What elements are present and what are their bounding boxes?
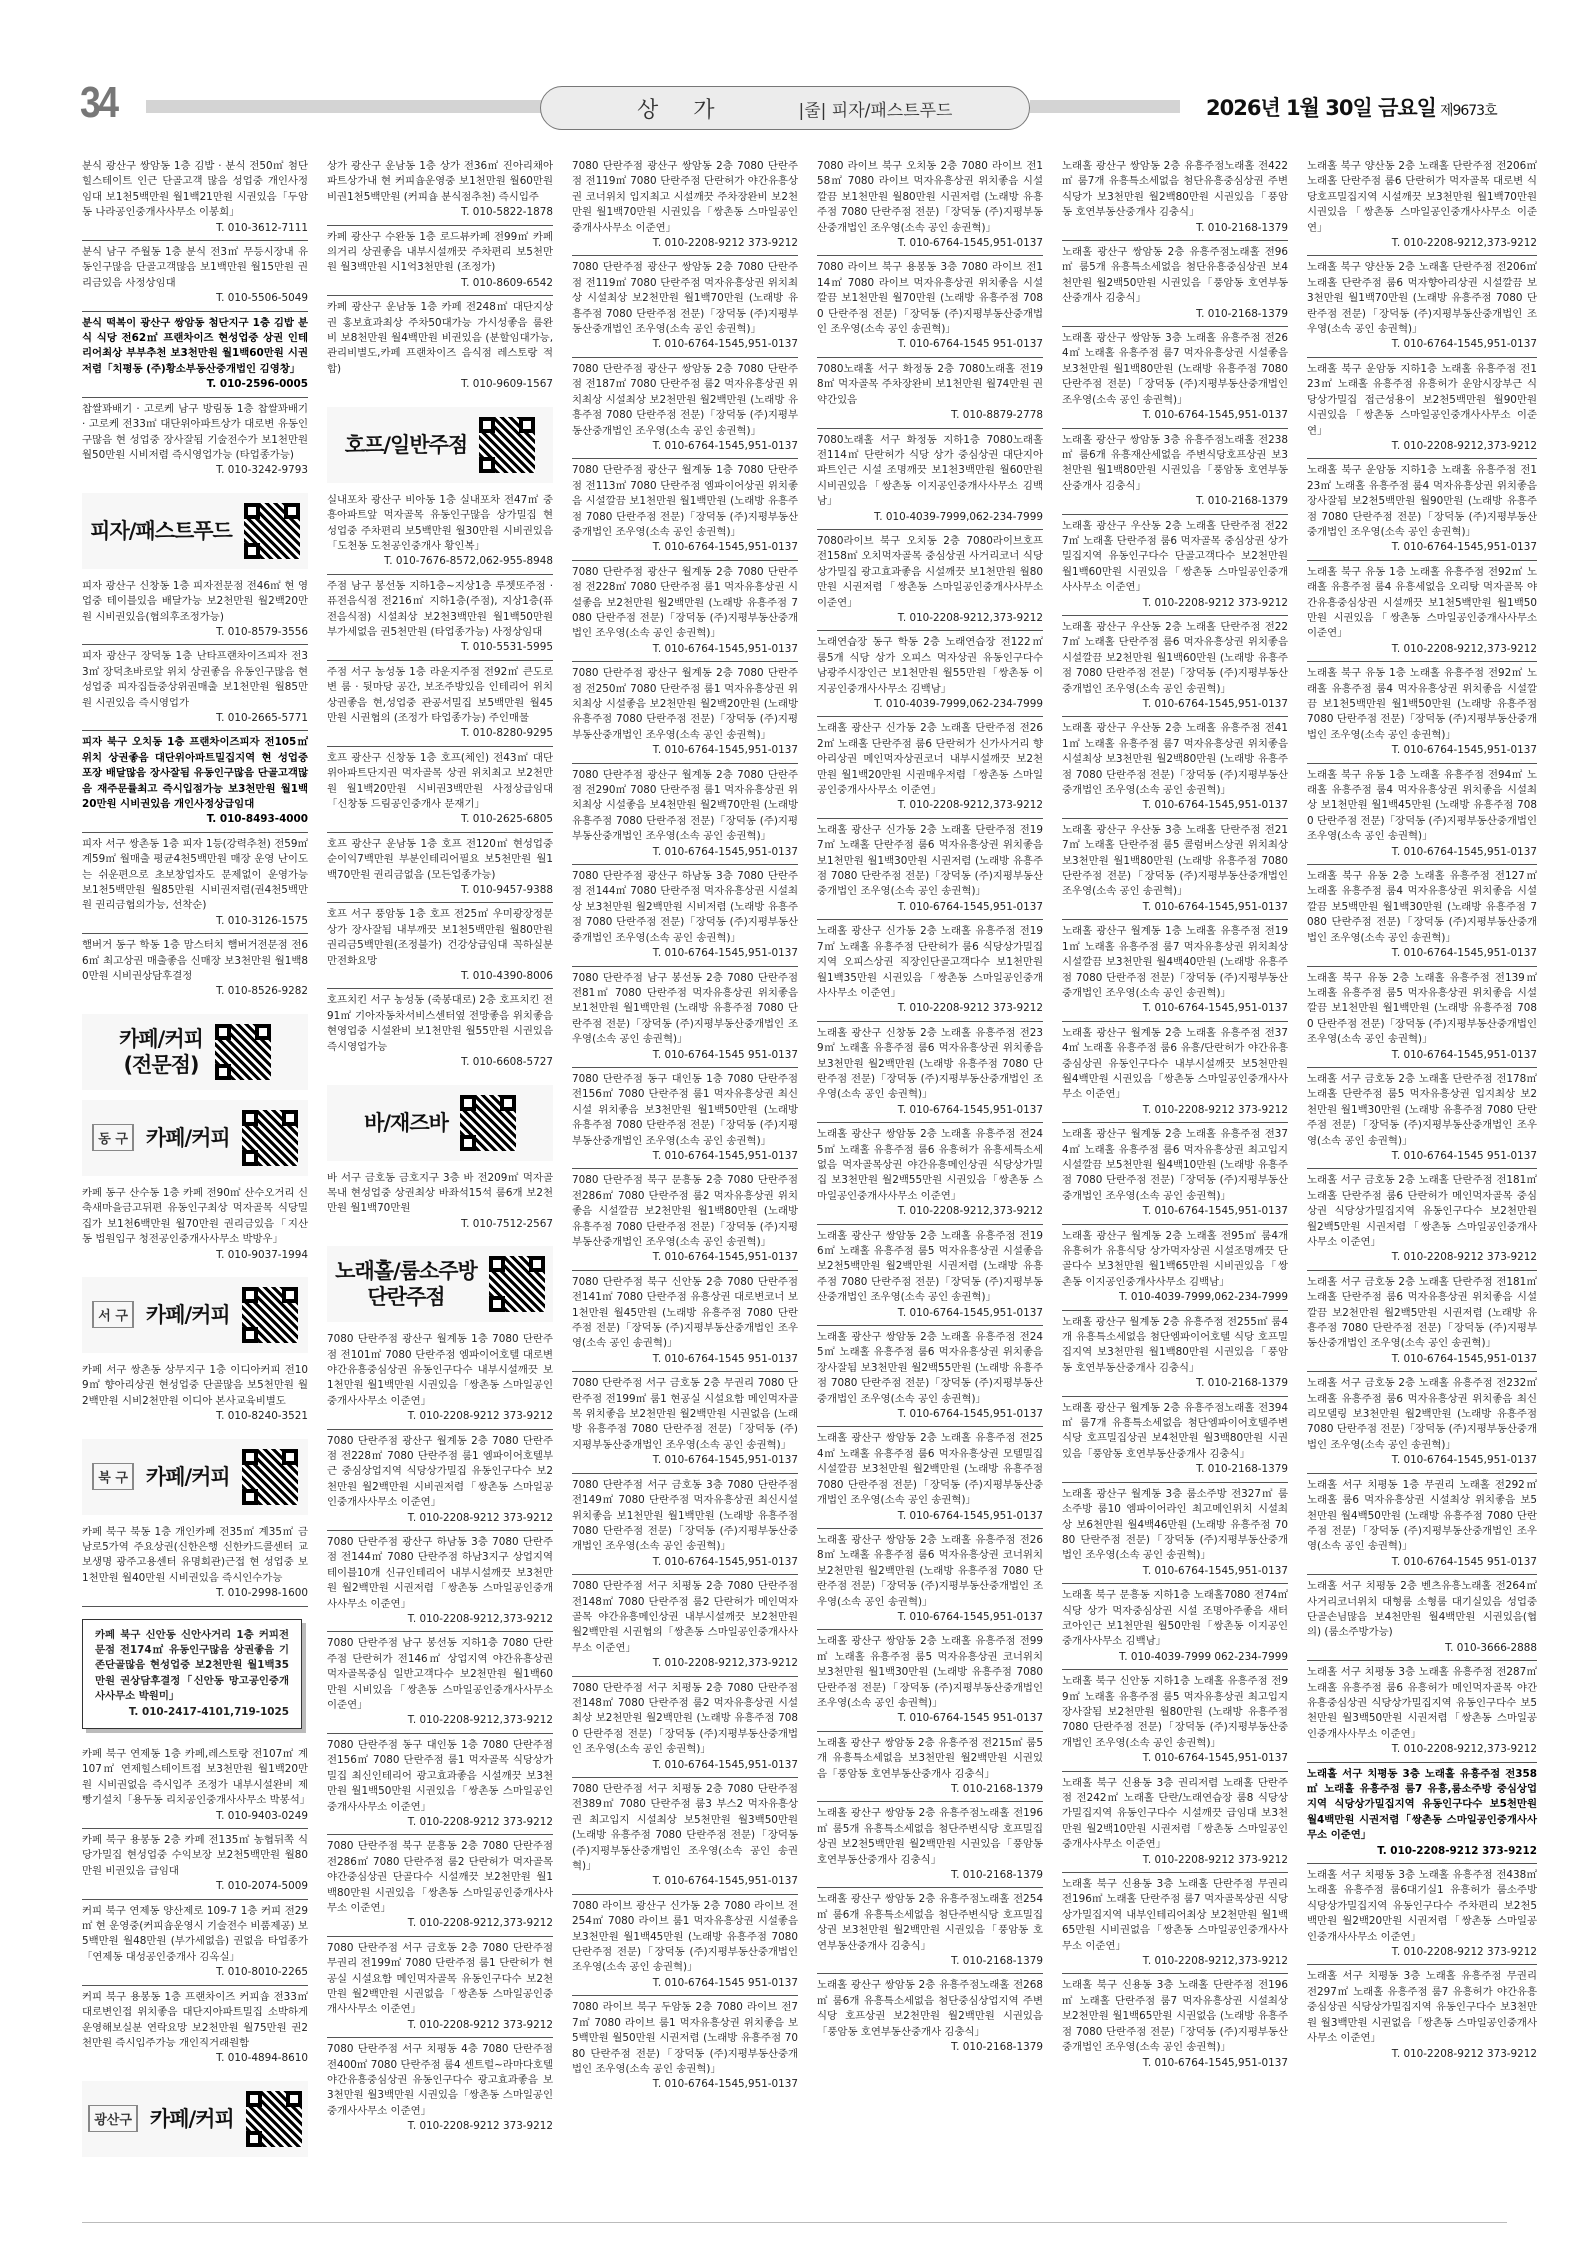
listing: 7080 단란주점 남구 봉선동 2층 7080 단란주점 전81㎡ 7080 … — [572, 967, 798, 1068]
listing-phone[interactable]: T. 010-6764-1545,951-0137 — [817, 900, 1043, 915]
listing: 노래홀 광산구 쌍암동 2층 노래홀 유흥주점 전268㎡ 노래홀 유흥주점 룸… — [817, 1529, 1043, 1630]
listing-phone[interactable]: T. 010-6764-1545,951-0137 — [572, 845, 798, 860]
listing-text: 노래홀 북구 신용동 3층 노래홀 단란주점 전196㎡ 노래홀 단란주점 룸7… — [1062, 1979, 1288, 2053]
bottom-rule — [82, 2222, 1507, 2223]
listing-phone[interactable]: T. 010-4894-8610 — [82, 2051, 308, 2066]
listing: 카페 북구 북동 1층 개인카페 전35㎡ 계35㎡ 금남로5가역 주요상권(신… — [82, 1521, 308, 1607]
listing: 7080 단란주점 북구 문흥동 2층 7080 단란주점 전286㎡ 7080… — [572, 1169, 798, 1270]
listing-phone[interactable]: T. 010-2417-4101,719-1025 — [95, 1705, 289, 1720]
listing-text: 노래홀 광산구 신가동 2층 노래홀 단란주점 전262㎡ 노래홀 단란주점 룸… — [817, 722, 1043, 796]
listing-text: 7080 단란주점 북구 문흥동 2층 7080 단란주점 전286㎡ 7080… — [327, 1840, 553, 1914]
listing-phone[interactable]: T. 010-9403-0249 — [82, 1809, 308, 1824]
listing-text: 노래홀 광산구 쌍암동 2층 유흥주점노래홀 전268㎡ 룸6개 유흥특소세없음… — [817, 1979, 1043, 2037]
listing-text: 호프 광산구 신창동 1층 호프(체인) 전43㎡ 대단위아파트단지권 먹자골목… — [327, 752, 553, 810]
listing: 노래홀 서구 치평동 3층 노래홀 유흥주점 전438㎡ 노래홀 유흥주점 룸6… — [1307, 1864, 1537, 1965]
listing: 커피 북구 용봉동 1층 프랜차이즈 커피숍 전33㎡ 대로변인접 위치좋음 대… — [82, 1986, 308, 2071]
listing: 7080 단란주점 광산구 쌍암동 2층 7080 단란주점 전119㎡ 708… — [572, 256, 798, 357]
header-rule-left — [146, 100, 546, 113]
listing-phone[interactable]: T. 010-2168-1379 — [1062, 1462, 1288, 1477]
listing-phone[interactable]: T. 010-6608-5727 — [327, 1055, 553, 1070]
category-title: 호프/일반주점 — [345, 432, 467, 458]
listing-phone[interactable]: T. 010-5531-5995 — [327, 640, 553, 655]
listing-phone[interactable]: T. 010-6764-1545,951-0137 — [572, 1250, 798, 1265]
listing-phone[interactable]: T. 010-2596-0005 — [82, 377, 308, 392]
listing: 피자 북구 오치동 1층 프랜차이즈피자 전105㎡ 위치 상권좋음 대단위아파… — [82, 731, 308, 832]
section-subtitle: |줄| 피자/패스트푸드 — [799, 96, 953, 121]
listing: 7080 라이브 북구 용봉동 3층 7080 라이브 전114㎡ 7080 라… — [817, 256, 1043, 357]
listing-phone[interactable]: T. 010-8526-9282 — [82, 984, 308, 999]
listing: 노래홀 광산구 쌍암동 2층 노래홀 유흥주점 전245㎡ 노래홀 유흥주점 룸… — [817, 1123, 1043, 1224]
listing-phone[interactable]: T. 010-6764-1545,951-0137 — [1307, 1453, 1537, 1468]
listing-phone[interactable]: T. 010-6764-1545,951-0137 — [572, 2077, 798, 2092]
listing-text: 7080 단란주점 광산구 하남동 3층 7080 단란주점 전144㎡ 708… — [327, 1536, 553, 1610]
listing-text: 노래홀 광산구 월계동 1층 노래홀 유흥주점 전191㎡ 노래홀 유흥주점 룸… — [1062, 925, 1288, 999]
column-4: 7080 라이브 북구 오치동 2층 7080 라이브 전158㎡ 7080 라… — [817, 155, 1043, 2060]
listing-text: 7080 라이브 북구 용봉동 3층 7080 라이브 전114㎡ 7080 라… — [817, 261, 1043, 335]
listing-text: 노래홀 광산구 쌍암동 2층 유흥주점노래홀 전254㎡ 룸6개 유흥특소세없음… — [817, 1893, 1043, 1951]
listing: 7080 단란주점 서구 치평동 2층 7080 단란주점 전148㎡ 7080… — [572, 1575, 798, 1676]
qr-code-icon[interactable] — [242, 1449, 298, 1505]
listing-phone[interactable]: T. 010-2168-1379 — [1062, 494, 1288, 509]
listing-text: 노래홀 북구 양산동 2층 노래홀 단란주점 전206㎡ 노래홀 단란주점 룸6… — [1307, 261, 1537, 335]
listing-text: 피자 서구 쌍촌동 1층 피자 1등(강력추천) 전59㎡ 계59㎡ 월매출 평… — [82, 838, 308, 912]
listing: 7080 단란주점 광산구 월계동 2층 7080 단란주점 전250㎡ 708… — [572, 662, 798, 763]
listing-text: 노래홀 서구 금호동 2층 노래홀 단란주점 전181㎡ 노래홀 단란주점 룸6… — [1307, 1174, 1537, 1248]
listing-phone[interactable]: T. 010-2208-9212 373-9212 — [1307, 1945, 1537, 1960]
listing-text: 노래홀 서구 금호동 2층 노래홀 단란주점 전178㎡ 노래홀 단란주점 룸5… — [1307, 1073, 1537, 1147]
listing-text: 노래홀 광산구 월계동 2층 유흥주점 전255㎡ 룸4개 유흥특소세없음 첨단… — [1062, 1316, 1288, 1374]
listing-phone[interactable]: T. 010-5822-1878 — [327, 205, 553, 220]
category-header: 카페/커피 (전문점) — [82, 1014, 308, 1090]
listing-text: 7080 단란주점 북구 문흥동 2층 7080 단란주점 전286㎡ 7080… — [572, 1174, 798, 1248]
listing: 노래홀 광산구 쌍암동 2층 노래홀 유흥주점 전196㎡ 노래홀 유흥주점 룸… — [817, 1225, 1043, 1326]
listing-phone[interactable]: T. 010-2208-9212,373-9212 — [1062, 1954, 1288, 1969]
listing-phone[interactable]: T. 010-6764-1545,951-0137 — [1307, 1352, 1537, 1367]
listing-phone[interactable]: T. 010-2168-1379 — [1062, 307, 1288, 322]
listing-phone[interactable]: T. 010-2208-9212 373-9212 — [327, 2119, 553, 2134]
listing-phone[interactable]: T. 010-6764-1545,951-0137 — [572, 337, 798, 352]
classifieds-columns: 분식 광산구 쌍암동 1층 김밥 · 분식 전50㎡ 첨단힐스테이트 인근 단골… — [82, 155, 1502, 2225]
listing-text: 7080 단란주점 광산구 월계동 2층 7080 단란주점 전290㎡ 708… — [572, 769, 798, 843]
listing: 7080 단란주점 서구 금호동 2층 7080 단란주점 무권리 전199㎡ … — [327, 1937, 553, 2038]
listing: 7080 단란주점 북구 문흥동 2층 7080 단란주점 전286㎡ 7080… — [327, 1835, 553, 1936]
listing: 피자 광산구 신창동 1층 피자전문점 전46㎡ 현 영업중 테이블있음 배달가… — [82, 575, 308, 646]
listing-phone[interactable]: T. 010-6764-1545,951-0137 — [572, 642, 798, 657]
listing: 노래홀 북구 운암동 지하1층 노래홀 유흥주점 전123㎡ 노래홀 유흥주점 … — [1307, 358, 1537, 459]
listing-text: 분식 떡복이 광산구 쌍암동 첨단지구 1층 김밥 분식 식당 전62㎡ 프랜차… — [82, 317, 308, 375]
listing-phone[interactable]: T. 010-6764-1545 951-0137 — [1307, 1555, 1537, 1570]
district-label: 서 구 — [92, 1301, 134, 1328]
listing: 노래홀 광산구 쌍암동 2층 유흥주점노래홀 전254㎡ 룸6개 유흥특소세없음… — [817, 1888, 1043, 1974]
listing-phone[interactable]: T. 010-6764-1545,951-0137 — [572, 540, 798, 555]
listing: 노래홀 북구 신용동 3층 노래홀 단란주점 전196㎡ 노래홀 단란주점 룸7… — [1062, 1974, 1288, 2074]
listing-text: 7080 단란주점 서구 금호동 2층 무권리 7080 단란주점 전199㎡ … — [572, 1377, 798, 1451]
listing-phone[interactable]: T. 010-9609-1567 — [327, 377, 553, 392]
listing-phone[interactable]: T. 010-2168-1379 — [817, 2040, 1043, 2055]
listing-text: 카페 서구 쌍촌동 상무지구 1층 이디아커피 전109㎡ 향아리상권 현성업중… — [82, 1364, 308, 1407]
listing: 7080노래홀 서구 화정동 지하1층 7080노래홀 전114㎡ 단란허가 식… — [817, 429, 1043, 530]
listing: 노래홀 광산구 쌍암동 2층 노래홀 유흥주점 전254㎡ 노래홀 유흥주점 룸… — [817, 1427, 1043, 1528]
listing-phone[interactable]: T. 010-6764-1545,951-0137 — [817, 1407, 1043, 1422]
listing: 7080 단란주점 광산구 하남동 3층 7080 단란주점 전144㎡ 708… — [572, 865, 798, 966]
category-title: 노래홀/룸소주방 단란주점 — [335, 1258, 477, 1310]
listing: 노래홀 서구 금호동 2층 노래홀 단란주점 전181㎡ 노래홀 단란주점 룸6… — [1307, 1271, 1537, 1372]
listing: 7080 라이브 광산구 신가동 2층 7080 라이브 전254㎡ 7080 … — [572, 1895, 798, 1996]
listing-phone[interactable]: T. 010-8280-9295 — [327, 726, 553, 741]
listing: 노래홀 북구 운암동 지하1층 노래홀 유흥주점 전123㎡ 노래홀 유흥주점 … — [1307, 459, 1537, 560]
listing-phone[interactable]: T. 010-2208-9212,373-9212 — [817, 611, 1043, 626]
listing: 주점 서구 농성동 1층 라운지주점 전92㎡ 큰도로변 룸 · 뒷마당 공간,… — [327, 661, 553, 747]
listing-phone[interactable]: T. 010-6764-1545,951-0137 — [1062, 798, 1288, 813]
listing-phone[interactable]: T. 010-6764-1545,951-0137 — [1307, 337, 1537, 352]
listing: 노래홀 북구 신용동 3층 노래홀 단란주점 무권리 전196㎡ 노래홀 단란주… — [1062, 1873, 1288, 1974]
listing-text: 노래홀 서구 치평동 3층 노래홀 유흥주점 전287㎡ 노래홀 유흥주점 룸6… — [1307, 1666, 1537, 1740]
listing: 노래홀 광산구 쌍암동 2층 유흥주점노래홀 전422㎡ 룸7개 유흥특소세없음… — [1062, 155, 1288, 241]
listing-phone[interactable]: T. 010-6764-1545 951-0137 — [817, 1711, 1043, 1726]
listing-text: 노래홀 북구 유동 1층 노래홀 유흥주점 전92㎡ 노래홀 유흥주점 룸4 유… — [1307, 566, 1537, 640]
listing-text: 노래홀 북구 유동 1층 노래홀 유흥주점 전94㎡ 노래홀 유흥주점 룸4 먹… — [1307, 769, 1537, 843]
listing: 카페 광산구 운남동 1층 카페 전248㎡ 대단지상권 홍보효과최상 주차50… — [327, 296, 553, 396]
listing-text: 노래홀 광산구 쌍암동 3층 유흥주점노래홀 전238㎡ 룸6개 유흥재산세없음… — [1062, 434, 1288, 492]
listing-phone[interactable]: T. 010-6764-1545 951-0137 — [572, 1352, 798, 1367]
category-header: 광산구카페/커피 — [82, 2081, 308, 2157]
listing-phone[interactable]: T. 010-2208-9212,373-9212 — [1307, 642, 1537, 657]
listing-text: 카페 북구 신안동 신안사거리 1층 커피전문점 전174㎡ 유동인구많음 상권… — [95, 1629, 289, 1703]
listing-text: 카페 광산구 운남동 1층 카페 전248㎡ 대단지상권 홍보효과최상 주차50… — [327, 301, 553, 375]
listing-phone[interactable]: T. 010-2208-9212,373-9212 — [817, 798, 1043, 813]
listing-text: 노래홀 서구 금호동 2층 노래홀 유흥주점 전232㎡ 노래홀 유흥주점 룸6… — [1307, 1377, 1537, 1451]
listing-phone[interactable]: T. 010-9037-1994 — [82, 1248, 308, 1263]
listing: 노래홀 광산구 쌍암동 3층 유흥주점노래홀 전238㎡ 룸6개 유흥재산세없음… — [1062, 429, 1288, 515]
listing-phone[interactable]: T. 010-6764-1545,951-0137 — [1307, 743, 1537, 758]
listing-text: 노래홀 광산구 쌍암동 2층 노래홀 유흥주점 전245㎡ 노래홀 유흥주점 룸… — [817, 1331, 1043, 1405]
listing-phone[interactable]: T. 010-6764-1545,951-0137 — [1307, 1048, 1537, 1063]
listing-phone[interactable]: T. 010-2074-5009 — [82, 1879, 308, 1894]
listing-phone[interactable]: T. 010-6764-1545 951-0137 — [572, 1976, 798, 1991]
listing: 호프 서구 풍암동 1층 호프 전25㎡ 우미광장정문 상가 장사잘됨 내부깨끗… — [327, 903, 553, 989]
listing-phone[interactable]: T. 010-2208-9212 373-9212 — [1307, 1250, 1537, 1265]
category-header: 동 구카페/커피 — [82, 1100, 308, 1176]
listing-phone[interactable]: T. 010-3126-1575 — [82, 914, 308, 929]
listing-phone[interactable]: T. 010-7676-8572,062-955-8948 — [327, 554, 553, 569]
district-label: 북 구 — [92, 1463, 134, 1490]
listing-text: 분식 남구 주월동 1층 분식 전3㎡ 무등시장내 유동인구많음 단골고객많음 … — [82, 246, 308, 289]
listing: 노래홀 광산구 월계동 2층 노래홀 전95㎡ 룸4개 유흥허가 유흥식당 상가… — [1062, 1225, 1288, 1311]
listing-text: 피자 광산구 장덕동 1층 난타프랜차이즈피자 전33㎡ 장덕초바로앞 위치 상… — [82, 650, 308, 708]
listing-text: 7080 단란주점 동구 대인동 1층 7080 단란주점 전156㎡ 7080… — [327, 1739, 553, 1813]
listing: 분식 떡복이 광산구 쌍암동 첨단지구 1층 김밥 분식 식당 전62㎡ 프랜차… — [82, 312, 308, 398]
listing: 노래홀 북구 유동 1층 노래홀 유흥주점 전94㎡ 노래홀 유흥주점 룸4 먹… — [1307, 764, 1537, 865]
listing-phone[interactable]: T. 010-2208-9212 373-9212 — [1062, 1853, 1288, 1868]
listing-phone[interactable]: T. 010-4039-7999,062-234-7999 — [1062, 1290, 1288, 1305]
qr-code-icon[interactable] — [244, 503, 300, 559]
listing-phone[interactable]: T. 010-6764-1545,951-0137 — [572, 439, 798, 454]
listing-phone[interactable]: T. 010-6764-1545,951-0137 — [817, 1610, 1043, 1625]
listing: 실내포차 광산구 비아동 1층 실내포차 전47㎡ 중흥아파트앞 먹자골목 유동… — [327, 489, 553, 575]
listing-text: 노래홀 북구 유동 2층 노래홀 유흥주점 전127㎡ 노래홀 유흥주점 룸4 … — [1307, 870, 1537, 944]
listing-text: 호프 서구 풍암동 1층 호프 전25㎡ 우미광장정문 상가 장사잘됨 내부깨끗… — [327, 908, 553, 966]
listing: 노래홀 서구 금호동 2층 노래홀 유흥주점 전232㎡ 노래홀 유흥주점 룸6… — [1307, 1372, 1537, 1473]
listing: 7080라이브 북구 오치동 2층 7080라이브호프 전158㎡ 오치먹자골목… — [817, 530, 1043, 631]
section-banner: 상 가 |줄| 피자/패스트푸드 — [540, 86, 1030, 130]
qr-code-icon[interactable] — [479, 417, 535, 473]
listing-text: 노래홀 서구 치평동 1층 무권리 노래홀 전292㎡ 노래홀 룸6 먹자유흥상… — [1307, 1479, 1537, 1553]
listing-phone[interactable]: T. 010-2208-9212 373-9212 — [572, 236, 798, 251]
listing-phone[interactable]: T. 010-6764-1545,951-0137 — [572, 1453, 798, 1468]
listing: 노래홀 광산구 월계동 3층 룸소주방 전327㎡ 룸소주방 룸10 엠파이어라… — [1062, 1483, 1288, 1584]
listing: 노래홀 서구 치평동 3층 노래홀 유흥주점 전358㎡ 노래홀 유흥주점 룸7… — [1307, 1763, 1537, 1864]
listing-text: 노래홀 광산구 쌍암동 2층 노래홀 유흥주점 전268㎡ 노래홀 유흥주점 룸… — [817, 1534, 1043, 1608]
listing: 노래홀 광산구 월계동 1층 노래홀 유흥주점 전191㎡ 노래홀 유흥주점 룸… — [1062, 920, 1288, 1021]
listing-text: 노래홀 광산구 쌍암동 2층 유흥주점노래홀 전96㎡ 룸5개 유흥특소세없음 … — [1062, 246, 1288, 304]
listing-phone[interactable]: T. 010-6764-1545,951-0137 — [572, 1149, 798, 1164]
listing-text: 노래홀 북구 신안동 지하1층 노래홀 유흥주점 전99㎡ 노래홀 유흥주점 룸… — [1062, 1675, 1288, 1749]
listing-phone[interactable]: T. 010-2168-1379 — [817, 1954, 1043, 1969]
listing-phone[interactable]: T. 010-6764-1545,951-0137 — [1307, 845, 1537, 860]
listing-phone[interactable]: T. 010-3612-7111 — [82, 221, 308, 236]
listing: 노래홀 광산구 쌍암동 2층 노래홀 유흥주점 전245㎡ 노래홀 유흥주점 룸… — [817, 1326, 1043, 1427]
listing-phone[interactable]: T. 010-2208-9212,373-9212 — [1307, 236, 1537, 251]
listing-text: 주점 남구 봉선동 지하1층~지상1층 루젯또주점 · 퓨전음식점 전216㎡ … — [327, 580, 553, 638]
listing-phone[interactable]: T. 010-2208-9212 373-9212 — [1062, 1103, 1288, 1118]
listing-text: 노래홀 북구 운암동 지하1층 노래홀 유흥주점 전123㎡ 노래홀 유흥주점 … — [1307, 363, 1537, 437]
listing-phone[interactable]: T. 010-6764-1545,951-0137 — [572, 1555, 798, 1570]
masthead: 34 상 가 |줄| 피자/패스트푸드 2026년 1월 30일 금요일제967… — [0, 0, 1588, 150]
listing: 바 서구 금호동 금호지구 3층 바 전209㎡ 먹자골목내 현성업중 상권최상… — [327, 1167, 553, 1237]
listing-phone[interactable]: T. 010-2168-1379 — [1062, 221, 1288, 236]
listing-text: 7080 단란주점 광산구 월계동 2층 7080 단란주점 전228㎡ 708… — [572, 566, 798, 640]
listing: 노래홀 서구 치평동 3층 노래홀 유흥주점 무권리 전297㎡ 노래홀 유흥주… — [1307, 1965, 1537, 2065]
listing: 노래홀 광산구 쌍암동 2층 유흥주점노래홀 전96㎡ 룸5개 유흥특소세없음 … — [1062, 241, 1288, 327]
column-3: 7080 단란주점 광산구 쌍암동 2층 7080 단란주점 전119㎡ 708… — [572, 155, 798, 2097]
listing-phone[interactable]: T. 010-6764-1545,951-0137 — [1307, 540, 1537, 555]
listing: 7080 단란주점 서구 치평동 4층 7080 단란주점 전400㎡ 7080… — [327, 2038, 553, 2138]
qr-code-icon[interactable] — [460, 1095, 516, 1151]
listing-text: 7080 단란주점 남구 봉선동 지하1층 7080 단란주점 단란허가 전14… — [327, 1637, 553, 1711]
listing-text: 노래홀 광산구 월계동 2층 노래홀 전95㎡ 룸4개 유흥허가 유흥식당 상가… — [1062, 1230, 1288, 1288]
category-header: 바/재즈바 — [327, 1085, 553, 1161]
listing-text: 노래홀 서구 치평동 3층 노래홀 유흥주점 전438㎡ 노래홀 유흥주점 룸6… — [1307, 1869, 1537, 1943]
listing: 상가 광산구 운남동 1층 상가 전36㎡ 진아리채아파트상가내 현 커피숍운영… — [327, 155, 553, 226]
category-title: 카페/커피 — [146, 1125, 230, 1151]
listing-phone[interactable]: T. 010-2208-9212 373-9212 — [327, 1511, 553, 1526]
listing-phone[interactable]: T. 010-2168-1379 — [1062, 1376, 1288, 1391]
listing-text: 7080 단란주점 서구 치평동 4층 7080 단란주점 전400㎡ 7080… — [327, 2043, 553, 2117]
listing-text: 카페 북구 북동 1층 개인카페 전35㎡ 계35㎡ 금남로5가역 주요상권(신… — [82, 1526, 308, 1584]
listing: 노래홀 북구 유동 2층 노래홀 유흥주점 전139㎡ 노래홀 유흥주점 룸5 … — [1307, 967, 1537, 1068]
listing-text: 7080 단란주점 서구 치평동 2층 7080 단란주점 전148㎡ 7080… — [572, 1682, 798, 1756]
listing: 노래홀 광산구 신가동 2층 노래홀 단란주점 전197㎡ 노래홀 단란주점 룸… — [817, 819, 1043, 920]
listing-text: 커피 북구 용봉동 1층 프랜차이즈 커피숍 전33㎡ 대로변인접 위치좋음 대… — [82, 1991, 308, 2049]
listing-phone[interactable]: T. 010-6764-1545,951-0137 — [572, 1874, 798, 1889]
listing-phone[interactable]: T. 010-2168-1379 — [817, 1782, 1043, 1797]
listing-text: 찹쌀꽈배기 · 고로케 남구 방림동 1층 찹쌀꽈배기 · 고로케 전33㎡ 대… — [82, 403, 308, 461]
listing-phone[interactable]: T. 010-6764-1545,951-0137 — [817, 1306, 1043, 1321]
listing-text: 노래홀 광산구 월계동 2층 노래홀 유흥주점 전374㎡ 노래홀 유흥주점 룸… — [1062, 1128, 1288, 1202]
listing-phone[interactable]: T. 010-2208-9212,373-9212 — [327, 1612, 553, 1627]
listing-phone[interactable]: T. 010-6764-1545,951-0137 — [1062, 1564, 1288, 1579]
category-header: 노래홀/룸소주방 단란주점 — [327, 1246, 553, 1322]
listing: 찹쌀꽈배기 · 고로케 남구 방림동 1층 찹쌀꽈배기 · 고로케 전33㎡ 대… — [82, 398, 308, 483]
listing-phone[interactable]: T. 010-4039-7999 062-234-7999 — [1062, 1650, 1288, 1665]
qr-code-icon[interactable] — [242, 1287, 298, 1343]
listing-text: 노래홀 광산구 월계동 2층 노래홀 유흥주점 전374㎡ 노래홀 유흥주점 룸… — [1062, 1027, 1288, 1101]
listing-phone[interactable]: T. 010-6764-1545 951-0137 — [572, 1048, 798, 1063]
listing-text: 7080 단란주점 광산구 월계동 1층 7080 단란주점 전113㎡ 708… — [572, 464, 798, 538]
listing-text: 7080노래홀 서구 화정동 지하1층 7080노래홀 전114㎡ 단란허가 식… — [817, 434, 1043, 508]
listing-phone[interactable]: T. 010-6764-1545 951-0137 — [1307, 1149, 1537, 1164]
listing-text: 노래홀 북구 유동 2층 노래홀 유흥주점 전139㎡ 노래홀 유흥주점 룸5 … — [1307, 972, 1537, 1046]
listing-phone[interactable]: T. 010-2168-1379 — [817, 1868, 1043, 1883]
listing: 노래홀 광산구 월계동 2층 노래홀 유흥주점 전374㎡ 노래홀 유흥주점 룸… — [1062, 1123, 1288, 1224]
listing-phone[interactable]: T. 010-8240-3521 — [82, 1409, 308, 1424]
listing-phone[interactable]: T. 010-6764-1545,951-0137 — [817, 236, 1043, 251]
listing-phone[interactable]: T. 010-2208-9212 373-9212 — [1307, 1844, 1537, 1859]
listing-text: 노래홀 광산구 쌍암동 2층 유흥주점노래홀 전422㎡ 룸7개 유흥특소세없음… — [1062, 160, 1288, 218]
listing: 7080 단란주점 남구 봉선동 지하1층 7080 단란주점 단란허가 전14… — [327, 1632, 553, 1733]
listing: 노래홀 서구 치평동 2층 벤츠유흥노래홀 전264㎡ 사거리코너위치 대형룸 … — [1307, 1575, 1537, 1661]
listing: 7080 라이브 북구 오치동 2층 7080 라이브 전158㎡ 7080 라… — [817, 155, 1043, 256]
listing-phone[interactable]: T. 010-3242-9793 — [82, 463, 308, 478]
listing-phone[interactable]: T. 010-6764-1545,951-0137 — [1062, 900, 1288, 915]
listing-phone[interactable]: T. 010-6764-1545 951-0137 — [817, 337, 1043, 352]
listing-phone[interactable]: T. 010-4039-7999,062-234-7999 — [817, 510, 1043, 525]
listing-text: 7080 단란주점 광산구 월계동 1층 7080 단란주점 전101㎡ 708… — [327, 1333, 553, 1407]
listing-phone[interactable]: T. 010-6764-1545,951-0137 — [572, 946, 798, 961]
listing-phone[interactable]: T. 010-2208-9212 373-9212 — [1307, 2047, 1537, 2062]
listing-phone[interactable]: T. 010-2208-9212,373-9212 — [572, 1656, 798, 1671]
listing-text: 7080 단란주점 서구 치평동 2층 7080 단란주점 전148㎡ 7080… — [572, 1580, 798, 1654]
category-title: 카페/커피 — [146, 1302, 230, 1328]
qr-code-icon[interactable] — [215, 1024, 271, 1080]
listing-text: 7080 단란주점 광산구 쌍암동 2층 7080 단란주점 전119㎡ 708… — [572, 261, 798, 335]
listing-text: 노래홀 북구 양산동 2층 노래홀 단란주점 전206㎡ 노래홀 단란주점 룸6… — [1307, 160, 1537, 234]
listing-text: 카페 북구 용봉동 2층 카페 전135㎡ 농협뒤쪽 식당가밀집 현성업중 수익… — [82, 1834, 308, 1877]
listing-phone[interactable]: T. 010-2208-9212 373-9212 — [817, 1001, 1043, 1016]
listing-text: 노래홀 광산구 우산동 2층 노래홀 단란주점 전227㎡ 노래홀 단란주점 룸… — [1062, 621, 1288, 695]
listing-text: 노래홀 북구 신용동 3층 노래홀 단란주점 무권리 전196㎡ 노래홀 단란주… — [1062, 1878, 1288, 1952]
listing: 피자 서구 쌍촌동 1층 피자 1등(강력추천) 전59㎡ 계59㎡ 월매출 평… — [82, 833, 308, 934]
listing: 커피 북구 연제동 양산제로 109-7 1층 커피 전29㎡ 현 운영중(커피… — [82, 1900, 308, 1986]
listing: 7080 단란주점 동구 대인동 1층 7080 단란주점 전156㎡ 7080… — [327, 1734, 553, 1835]
listing-text: 주점 서구 농성동 1층 라운지주점 전92㎡ 큰도로변 룸 · 뒷마당 공간,… — [327, 666, 553, 724]
listing-phone[interactable]: T. 010-4039-7999,062-234-7999 — [817, 697, 1043, 712]
listing-phone[interactable]: T. 010-6764-1545,951-0137 — [817, 1103, 1043, 1118]
listing-phone[interactable]: T. 010-2208-9212,373-9212 — [327, 1713, 553, 1728]
listing-phone[interactable]: T. 010-2208-9212 373-9212 — [1062, 596, 1288, 611]
listing-text: 피자 북구 오치동 1층 프랜차이즈피자 전105㎡ 위치 상권좋음 대단위아파… — [82, 736, 308, 810]
qr-code-icon[interactable] — [246, 2091, 302, 2147]
dateline: 2026년 1월 30일 금요일제9673호 — [1206, 92, 1497, 122]
listing-phone[interactable]: T. 010-2208-9212,373-9212 — [327, 1916, 553, 1931]
listing-phone[interactable]: T. 010-6764-1545,951-0137 — [572, 1758, 798, 1773]
listing-phone[interactable]: T. 010-2208-9212,373-9212 — [817, 1204, 1043, 1219]
header-rule-right — [1030, 100, 1180, 113]
listing: 7080 단란주점 서구 금호동 3층 7080 단란주점 전149㎡ 7080… — [572, 1474, 798, 1575]
qr-code-icon[interactable] — [489, 1256, 545, 1312]
listing: 7080 단란주점 광산구 월계동 1층 7080 단란주점 전101㎡ 708… — [327, 1328, 553, 1429]
listing-phone[interactable]: T. 010-9457-9388 — [327, 883, 553, 898]
publication-date: 2026년 1월 30일 금요일 — [1206, 96, 1436, 120]
listing-phone[interactable]: T. 010-2998-1600 — [82, 1586, 308, 1601]
listing-text: 노래홀 북구 유동 1층 노래홀 유흥주점 전92㎡ 노래홀 유흥주점 룸4 먹… — [1307, 667, 1537, 741]
category-header: 서 구카페/커피 — [82, 1277, 308, 1353]
listing: 노래홀 서구 치평동 3층 노래홀 유흥주점 전287㎡ 노래홀 유흥주점 룸6… — [1307, 1661, 1537, 1762]
listing-phone[interactable]: T. 010-2208-9212,373-9212 — [1307, 439, 1537, 454]
listing-phone[interactable]: T. 010-2208-9212 373-9212 — [327, 1409, 553, 1424]
listing-text: 7080 단란주점 광산구 하남동 3층 7080 단란주점 전144㎡ 708… — [572, 870, 798, 944]
listing-phone[interactable]: T. 010-6764-1545,951-0137 — [1062, 2056, 1288, 2071]
listing-phone[interactable]: T. 010-8609-6542 — [327, 276, 553, 291]
listing-phone[interactable]: T. 010-6764-1545,951-0137 — [1062, 1751, 1288, 1766]
listing-phone[interactable]: T. 010-5506-5049 — [82, 291, 308, 306]
listing: 노래홀 광산구 신가동 2층 노래홀 단란주점 전262㎡ 노래홀 단란주점 룸… — [817, 717, 1043, 818]
category-header: 호프/일반주점 — [327, 407, 553, 483]
listing: 노래홀 북구 문흥동 지하1층 노래홀7080 전74㎡ 식당 상가 먹자중심상… — [1062, 1584, 1288, 1670]
listing-text: 7080 단란주점 동구 대인동 1층 7080 단란주점 전156㎡ 7080… — [572, 1073, 798, 1147]
listing-phone[interactable]: T. 010-7512-2567 — [327, 1217, 553, 1232]
listing-phone[interactable]: T. 010-6764-1545,951-0137 — [817, 1509, 1043, 1524]
listing-text: 노래홀 북구 운암동 지하1층 노래홀 유흥주점 전123㎡ 노래홀 유흥주점 … — [1307, 464, 1537, 538]
listing-phone[interactable]: T. 010-2208-9212,373-9212 — [1307, 1742, 1537, 1757]
listing-text: 노래홀 광산구 우산동 3층 노래홀 단란주점 전217㎡ 노래홀 단란주점 룸… — [1062, 824, 1288, 898]
listing-text: 노래홀 서구 치평동 3층 노래홀 유흥주점 전358㎡ 노래홀 유흥주점 룸7… — [1307, 1768, 1537, 1842]
listing-text: 피자 광산구 신창동 1층 피자전문점 전46㎡ 현 영업중 테이블있음 배달가… — [82, 580, 308, 623]
listing-text: 노래홀 광산구 쌍암동 2층 노래홀 유흥주점 전254㎡ 노래홀 유흥주점 룸… — [817, 1432, 1043, 1506]
listing: 피자 광산구 장덕동 1층 난타프랜차이즈피자 전33㎡ 장덕초바로앞 위치 상… — [82, 645, 308, 731]
listing: 노래홀 광산구 우산동 2층 노래홀 단란주점 전227㎡ 노래홀 단란주점 룸… — [1062, 515, 1288, 616]
listing: 노래홀 서구 금호동 2층 노래홀 단란주점 전181㎡ 노래홀 단란주점 룸6… — [1307, 1169, 1537, 1270]
listing-text: 노래홀 광산구 우산동 2층 노래홀 유흥주점 전411㎡ 노래홀 유흥주점 룸… — [1062, 722, 1288, 796]
listing-phone[interactable]: T. 010-2208-9212 373-9212 — [327, 1815, 553, 1830]
listing: 노래홀 광산구 월계동 2층 유흥주점노래홀 전394㎡ 룸7개 유흥특소세없음… — [1062, 1397, 1288, 1483]
listing-text: 노래홀 광산구 쌍암동 2층 노래홀 유흥주점 전196㎡ 노래홀 유흥주점 룸… — [817, 1230, 1043, 1304]
listing-phone[interactable]: T. 010-8579-3556 — [82, 625, 308, 640]
listing-phone[interactable]: T. 010-6764-1545,951-0137 — [1062, 408, 1288, 423]
listing: 주점 남구 봉선동 지하1층~지상1층 루젯또주점 · 퓨전음식점 전216㎡ … — [327, 575, 553, 661]
listing-phone[interactable]: T. 010-4390-8006 — [327, 969, 553, 984]
listing-phone[interactable]: T. 010-6764-1545,951-0137 — [1062, 1001, 1288, 1016]
listing-phone[interactable]: T. 010-2625-6805 — [327, 812, 553, 827]
listing-phone[interactable]: T. 010-8879-2778 — [817, 408, 1043, 423]
listing-text: 노래홀 광산구 쌍암동 2층 노래홀 유흥주점 전245㎡ 노래홀 유흥주점 룸… — [817, 1128, 1043, 1202]
listing-phone[interactable]: T. 010-2208-9212 373-9212 — [327, 2018, 553, 2033]
listing-phone[interactable]: T. 010-8493-4000 — [82, 812, 308, 827]
category-header: 북 구카페/커피 — [82, 1439, 308, 1515]
listing: 7080 단란주점 북구 신안동 2층 7080 단란주점 전141㎡ 7080… — [572, 1271, 798, 1372]
listing: 노래홀 서구 치평동 1층 무권리 노래홀 전292㎡ 노래홀 룸6 먹자유흥상… — [1307, 1474, 1537, 1575]
listing-phone[interactable]: T. 010-8010-2265 — [82, 1965, 308, 1980]
listing-phone[interactable]: T. 010-6764-1545,951-0137 — [1062, 697, 1288, 712]
listing-phone[interactable]: T. 010-6764-1545,951-0137 — [1307, 946, 1537, 961]
listing-text: 7080 라이브 광산구 신가동 2층 7080 라이브 전254㎡ 7080 … — [572, 1900, 798, 1974]
qr-code-icon[interactable] — [242, 1110, 298, 1166]
district-label: 동 구 — [92, 1124, 134, 1151]
listing-phone[interactable]: T. 010-2665-5771 — [82, 711, 308, 726]
listing-text: 7080 단란주점 광산구 월계동 2층 7080 단란주점 전228㎡ 708… — [327, 1435, 553, 1509]
listing-text: 노래홀 광산구 신가동 2층 노래홀 유흥주점 전197㎡ 노래홀 유흥주점 단… — [817, 925, 1043, 999]
listing-phone[interactable]: T. 010-6764-1545,951-0137 — [1062, 1204, 1288, 1219]
listing-phone[interactable]: T. 010-6764-1545,951-0137 — [572, 743, 798, 758]
listing: 7080 단란주점 서구 치평동 2층 7080 단란주점 전148㎡ 7080… — [572, 1677, 798, 1778]
section-title: 상 가 — [637, 93, 729, 124]
featured-listing: 카페 북구 신안동 신안사거리 1층 커피전문점 전174㎡ 유동인구많음 상권… — [82, 1619, 302, 1729]
listing: 노래홀 광산구 쌍암동 2층 유흥주점 전215㎡ 룸5개 유흥특소세없음 보3… — [817, 1732, 1043, 1803]
listing-text: 상가 광산구 운남동 1층 상가 전36㎡ 진아리채아파트상가내 현 커피숍운영… — [327, 160, 553, 203]
column-2: 상가 광산구 운남동 1층 상가 전36㎡ 진아리채아파트상가내 현 커피숍운영… — [327, 155, 553, 2139]
listing: 노래홀 광산구 우산동 3층 노래홀 단란주점 전217㎡ 노래홀 단란주점 룸… — [1062, 819, 1288, 920]
listing-phone[interactable]: T. 010-3666-2888 — [1307, 1641, 1537, 1656]
